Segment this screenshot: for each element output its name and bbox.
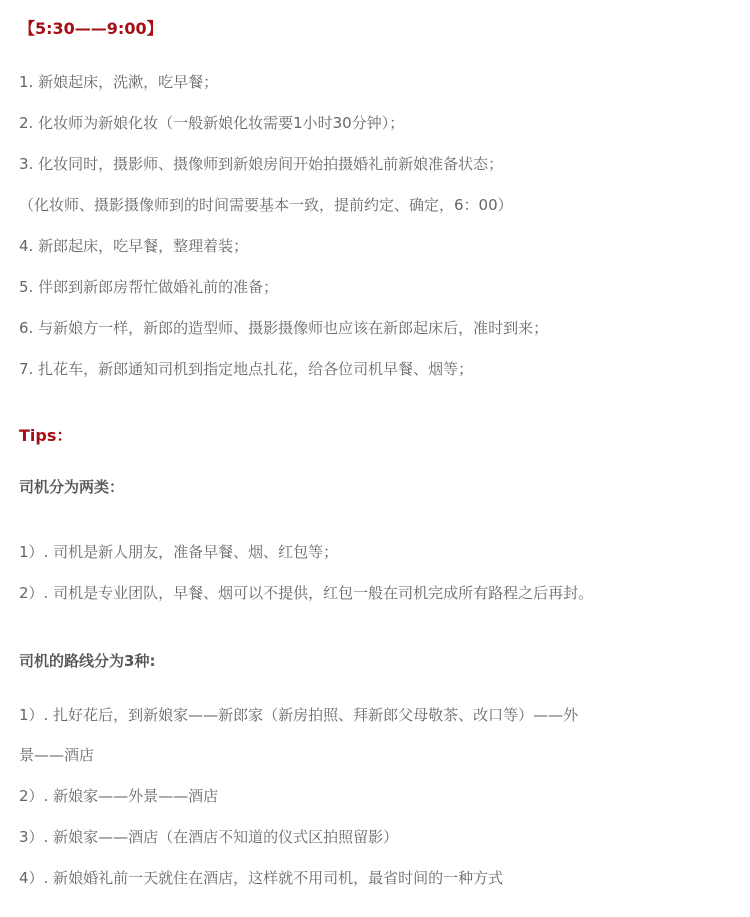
step-item: 2. 化妆师为新娘化妆（一般新娘化妆需要1小时30分钟）； [19,113,404,133]
route-item: 1）. 扎好花后，到新娘家——新郎家（新房拍照、拜新郎父母敬茶、改口等）——外 [19,705,578,725]
driver-type-item: 2）. 司机是专业团队，早餐、烟可以不提供，红包一般在司机完成所有路程之后再封。 [19,583,593,603]
step-item: 4. 新郎起床，吃早餐，整理着装； [19,236,248,256]
route-item: 4）. 新娘婚礼前一天就住在酒店，这样就不用司机，最省时间的一种方式 [19,868,503,888]
routes-heading: 司机的路线分为3种: [19,651,155,671]
article: 【5:30——9:00】 1. 新娘起床，洗漱，吃早餐； 2. 化妆师为新娘化妆… [0,0,750,917]
route-item-continued: 景——酒店 [19,745,94,765]
tips-label: Tips： [19,426,72,446]
step-note: （化妆师、摄影摄像师到的时间需要基本一致，提前约定、确定，6：00） [19,195,513,215]
step-item: 1. 新娘起床，洗漱，吃早餐； [19,72,218,92]
time-range-heading: 【5:30——9:00】 [19,19,163,39]
driver-types-heading: 司机分为两类： [19,477,124,497]
step-item: 6. 与新娘方一样，新郎的造型师、摄影摄像师也应该在新郎起床后，准时到来； [19,318,548,338]
route-item: 3）. 新娘家——酒店（在酒店不知道的仪式区拍照留影） [19,827,398,847]
step-item: 7. 扎花车，新郎通知司机到指定地点扎花，给各位司机早餐、烟等； [19,359,473,379]
step-item: 3. 化妆同时，摄影师、摄像师到新娘房间开始拍摄婚礼前新娘准备状态； [19,154,503,174]
route-item: 2）. 新娘家——外景——酒店 [19,786,218,806]
driver-type-item: 1）. 司机是新人朋友，准备早餐、烟、红包等； [19,542,338,562]
step-item: 5. 伴郎到新郎房帮忙做婚礼前的准备； [19,277,278,297]
